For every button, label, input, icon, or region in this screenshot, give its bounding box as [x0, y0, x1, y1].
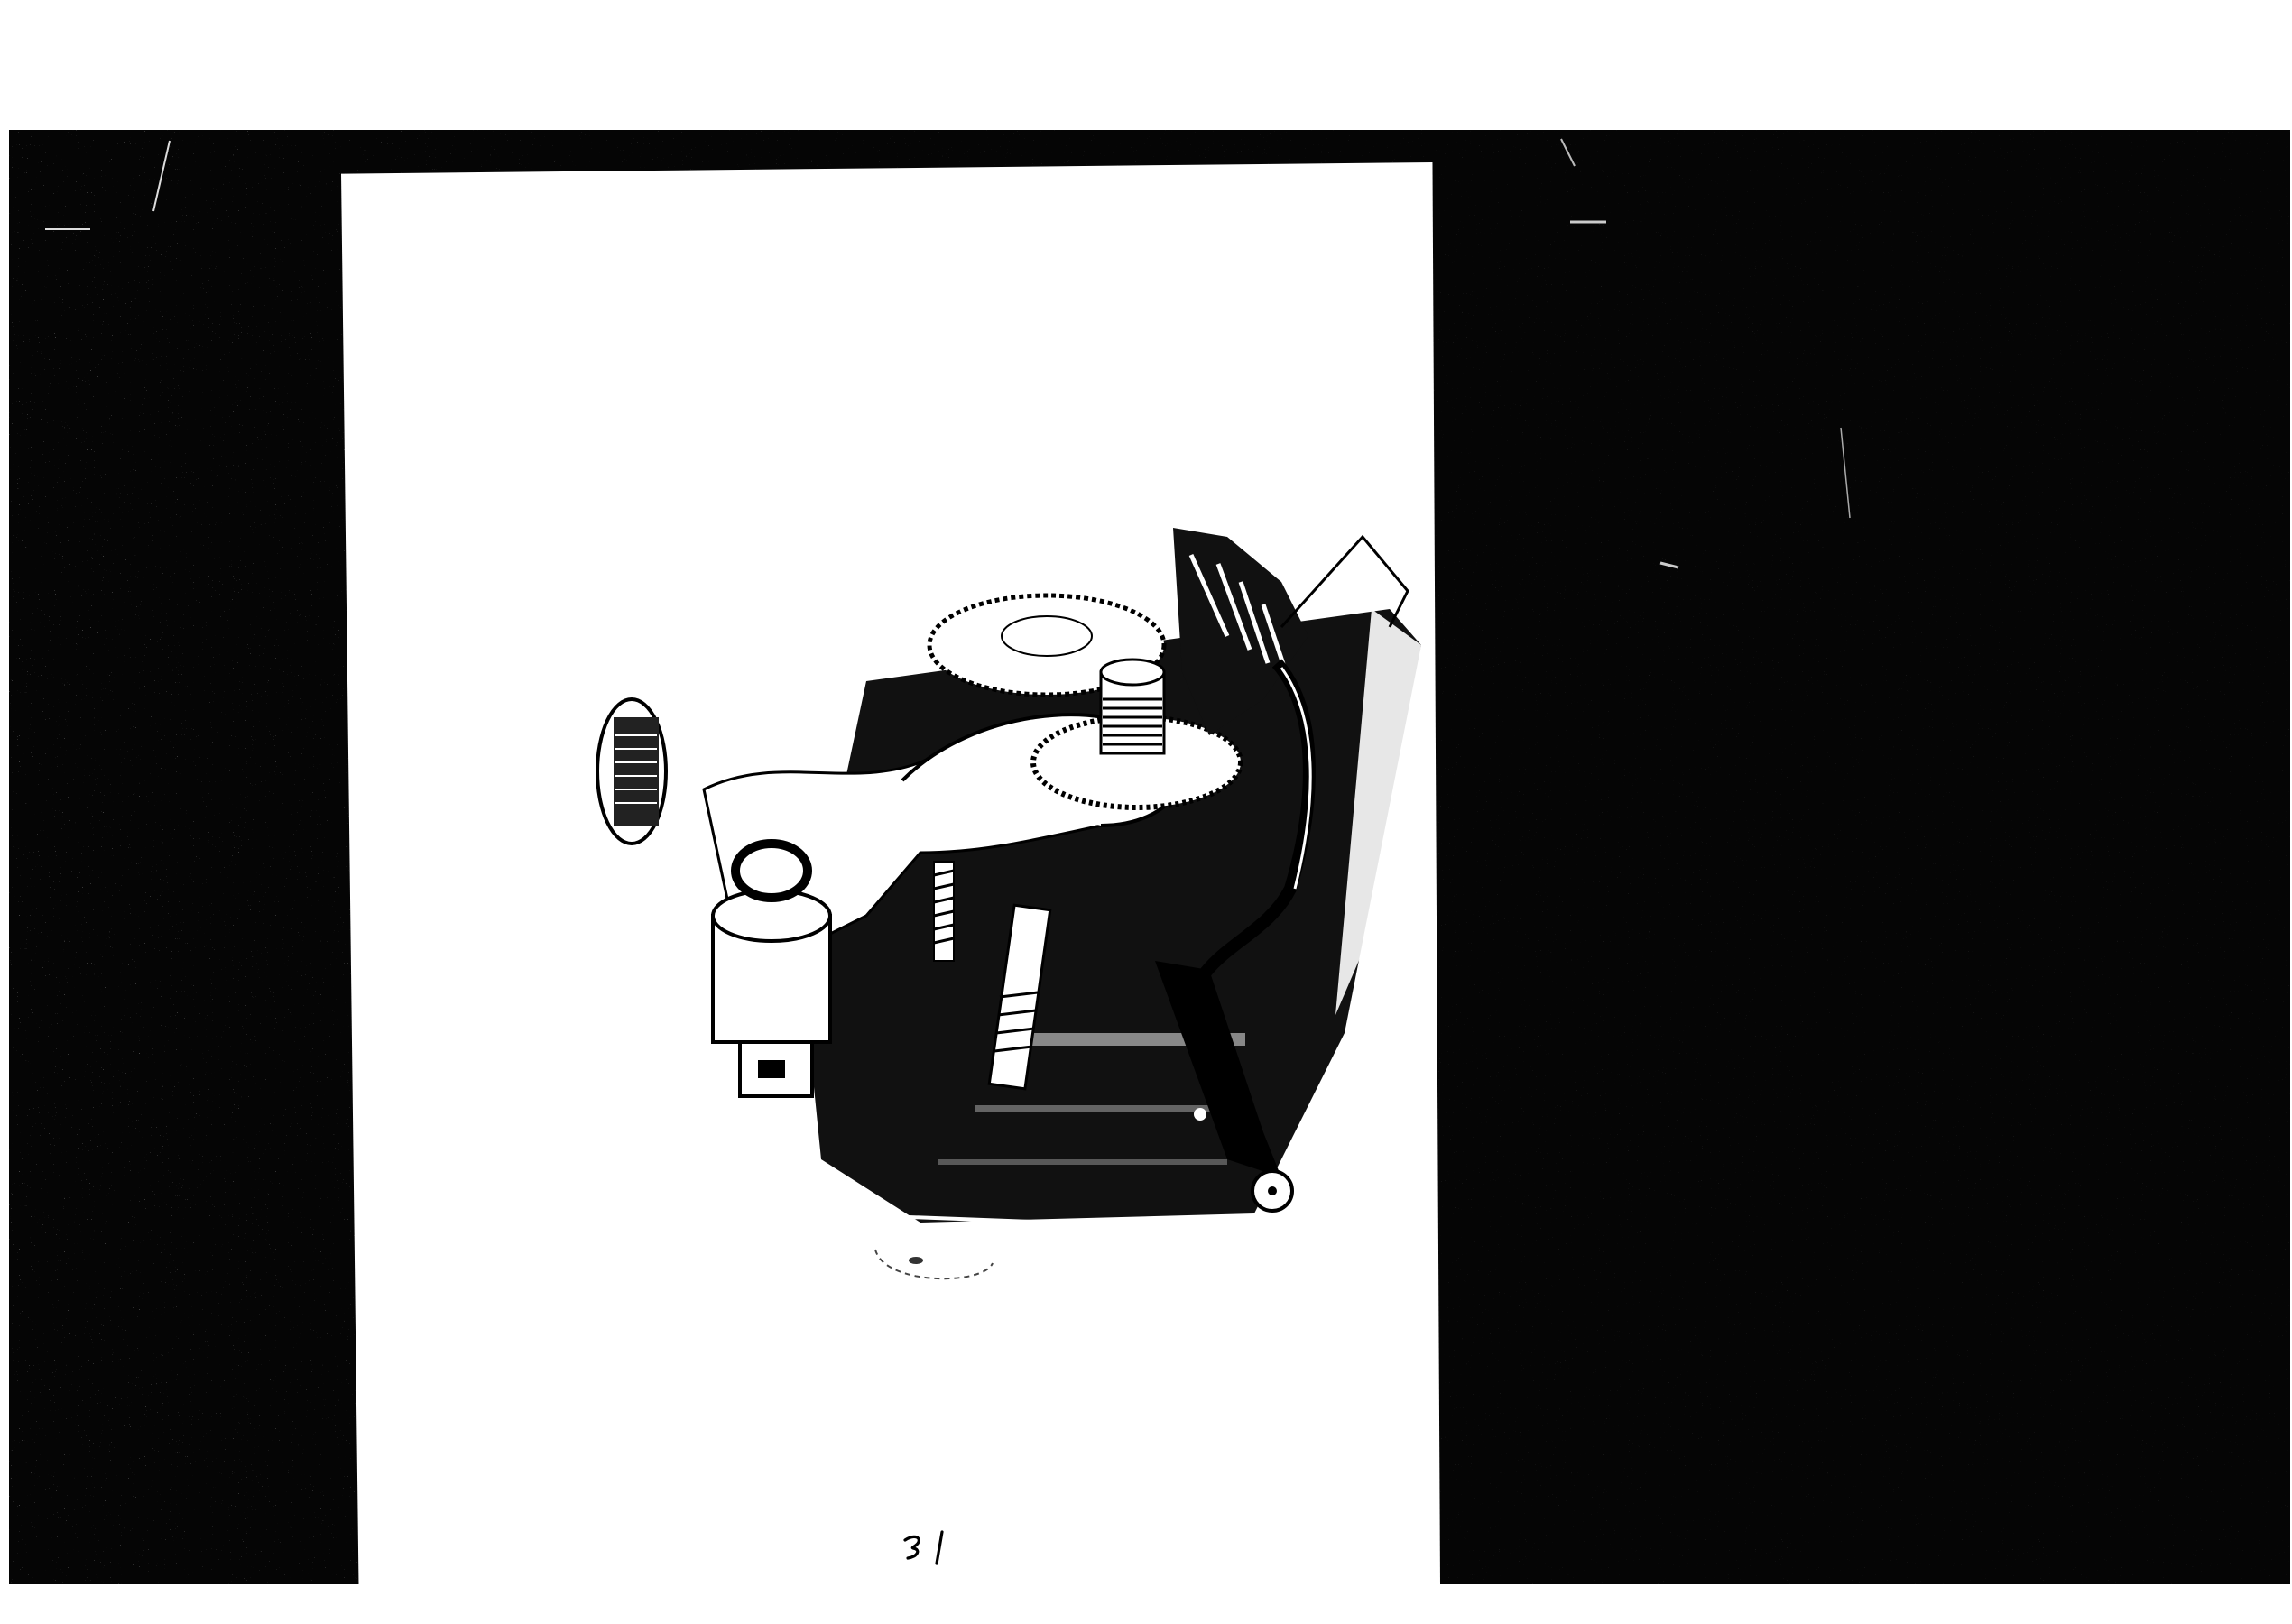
solenoid-coil — [597, 699, 666, 844]
base-ring — [875, 1250, 993, 1278]
threaded-shaft — [1101, 660, 1164, 753]
mechanism-photograph — [596, 528, 1435, 1286]
handwritten-page-number — [902, 1529, 966, 1574]
page-number: 31 — [902, 1529, 966, 1574]
coil-spring — [934, 862, 954, 961]
